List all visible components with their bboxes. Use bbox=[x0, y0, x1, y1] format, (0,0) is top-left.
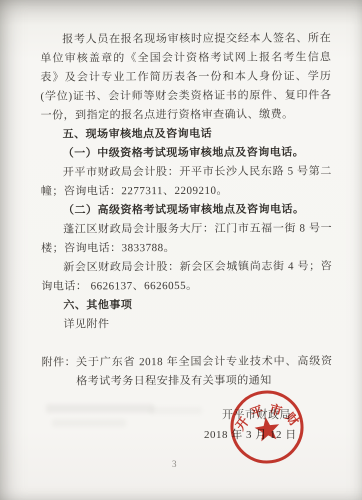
scanned-document-page: 报考人员在报名现场审核时应提交经本人签名、所在单位审核盖章的《全国会计资格考试网… bbox=[0, 0, 362, 500]
section-5-sub2-body-1: 蓬江区财政局会计服务大厅：江门市五福一街 8 号一楼；咨询电话：3833788。 bbox=[41, 219, 332, 258]
section-5-sub2-heading: （二）高级资格考试现场审核地点及咨询电话。 bbox=[41, 200, 332, 220]
section-5-sub1-body: 开平市财政局会计股：开平市长沙人民东路 5 号第二幢；咨询电话：2277311、… bbox=[41, 162, 332, 201]
official-seal-stamp: 开平市财政局 bbox=[223, 383, 311, 471]
star-icon bbox=[253, 415, 281, 442]
section-6-body: 详见附件 bbox=[41, 314, 332, 334]
attachment-label: 附件： bbox=[42, 353, 77, 391]
section-5-heading: 五、现场审核地点及咨询电话 bbox=[41, 124, 332, 144]
ink-bleed-artifact bbox=[52, 419, 126, 427]
section-5-sub2-body-2: 新会区财政局会计股：新会区会城镇尚志街 4 号；咨询电话： 6626137、66… bbox=[41, 257, 332, 296]
ink-bleed-artifact bbox=[150, 407, 202, 414]
ink-bleed-artifact bbox=[46, 404, 154, 413]
section-6-heading: 六、其他事项 bbox=[41, 295, 332, 315]
page-number: 3 bbox=[172, 459, 177, 469]
document-body: 报考人员在报名现场审核时应提交经本人签名、所在单位审核盖章的《全国会计资格考试网… bbox=[40, 29, 333, 391]
section-5-sub1-heading: （一）中级资格考试现场审核地点及咨询电话。 bbox=[41, 143, 332, 163]
body-paragraph: 报考人员在报名现场审核时应提交经本人签名、所在单位审核盖章的《全国会计资格考试网… bbox=[40, 29, 331, 125]
